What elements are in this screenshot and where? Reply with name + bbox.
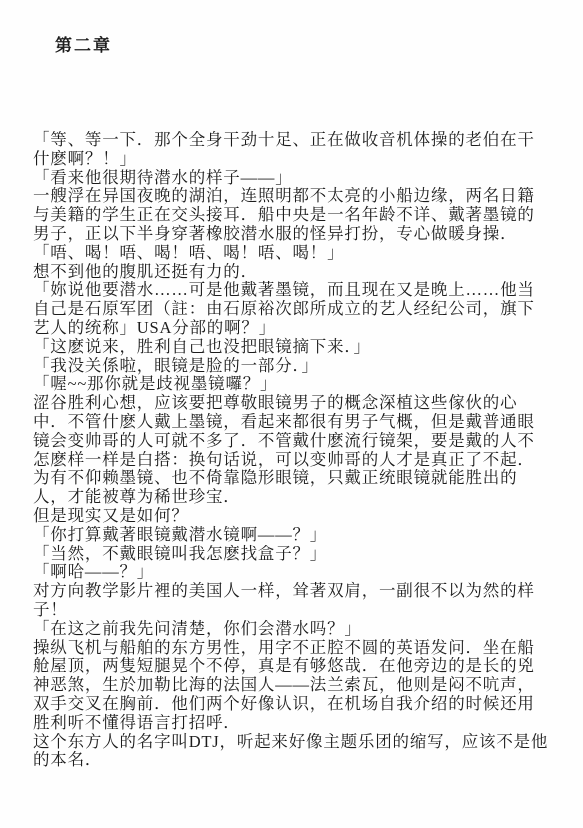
text-line: 「我没关係啦，眼镜是脸的一部分．」 [33, 357, 573, 376]
text-line: 操纵飞机与船舶的东方男性，用字不正腔不圆的英语发问．坐在船 [33, 639, 573, 658]
text-line: 神恶煞，生於加勒比海的法国人——法兰索瓦，他则是闷不吭声， [33, 676, 573, 695]
text-line: 镜会变帅哥的人可就不多了．不管戴什麽流行镜架，要是戴的人不 [33, 432, 573, 451]
text-line: 什麽啊？！」 [33, 150, 573, 169]
text-line: 「这麽说来，胜利自己也没把眼镜摘下来．」 [33, 338, 573, 357]
text-line: 男子，正以下半身穿著橡胶潜水服的怪异打扮，专心做暖身操． [33, 225, 573, 244]
text-line: 怎麽样一样是白搭：换句话说，可以变帅哥的人才是真正了不起． [33, 451, 573, 470]
text-line: 人，才能被尊为稀世珍宝． [33, 488, 573, 507]
text-line: 的本名． [33, 751, 573, 770]
text-line: 艺人的统称」USA分部的啊？」 [33, 319, 573, 338]
text-line: 「在这之前我先问清楚，你们会潜水吗？」 [33, 620, 573, 639]
text-line: 「看来他很期待潜水的样子——」 [33, 169, 573, 188]
text-line: 一艘浮在异国夜晚的湖泊，连照明都不太亮的小船边缘，两名日籍 [33, 187, 573, 206]
text-line: 子！ [33, 601, 573, 620]
text-line: 「妳说他要潜水……可是他戴著墨镜，而且现在又是晚上……他当 [33, 281, 573, 300]
text-line: 「当然，不戴眼镜叫我怎麽找盒子？」 [33, 545, 573, 564]
text-line: 但是现实又是如何？ [33, 507, 573, 526]
text-line: 舱屋顶，两隻短腿晃个不停，真是有够悠哉．在他旁边的是长的兇 [33, 657, 573, 676]
body-text: 「等、等一下．那个全身干劲十足、正在做收音机体操的老伯在干什麽啊？！」「看来他很… [33, 131, 573, 770]
text-line: 中．不管什麽人戴上墨镜，看起来都很有男子气概，但是戴普通眼 [33, 413, 573, 432]
text-line: 「啊哈——？」 [33, 563, 573, 582]
text-line: 这个东方人的名字叫DTJ，听起来好像主题乐团的缩写，应该不是他 [33, 733, 573, 752]
text-line: 涩谷胜利心想，应该要把尊敬眼镜男子的概念深植这些傢伙的心 [33, 394, 573, 413]
text-line: 双手交叉在胸前．他们两个好像认识，在机场自我介绍的时候还用 [33, 695, 573, 714]
text-line: 与美籍的学生正在交头接耳．船中央是一名年龄不详、戴著墨镜的 [33, 206, 573, 225]
text-line: 为有不仰赖墨镜、也不倚靠隐形眼镜，只戴正统眼镜就能胜出的 [33, 469, 573, 488]
text-line: 胜利听不懂得语言打招呼． [33, 714, 573, 733]
chapter-title: 第二章 [55, 31, 112, 56]
text-line: 自己是石原军团（註：由石原裕次郎所成立的艺人经纪公司，旗下 [33, 300, 573, 319]
text-line: 想不到他的腹肌还挺有力的． [33, 263, 573, 282]
text-line: 「等、等一下．那个全身干劲十足、正在做收音机体操的老伯在干 [33, 131, 573, 150]
text-line: 「你打算戴著眼镜戴潜水镜啊——？」 [33, 526, 573, 545]
text-line: 对方向教学影片裡的美国人一样，耸著双肩，一副很不以为然的样 [33, 582, 573, 601]
book-page: 第二章 「等、等一下．那个全身干劲十足、正在做收音机体操的老伯在干什麽啊？！」「… [0, 0, 583, 828]
text-line: 「唔、喝！唔、喝！唔、喝！唔、喝！」 [33, 244, 573, 263]
text-line: 「喔~~那你就是歧视墨镜囉？」 [33, 375, 573, 394]
